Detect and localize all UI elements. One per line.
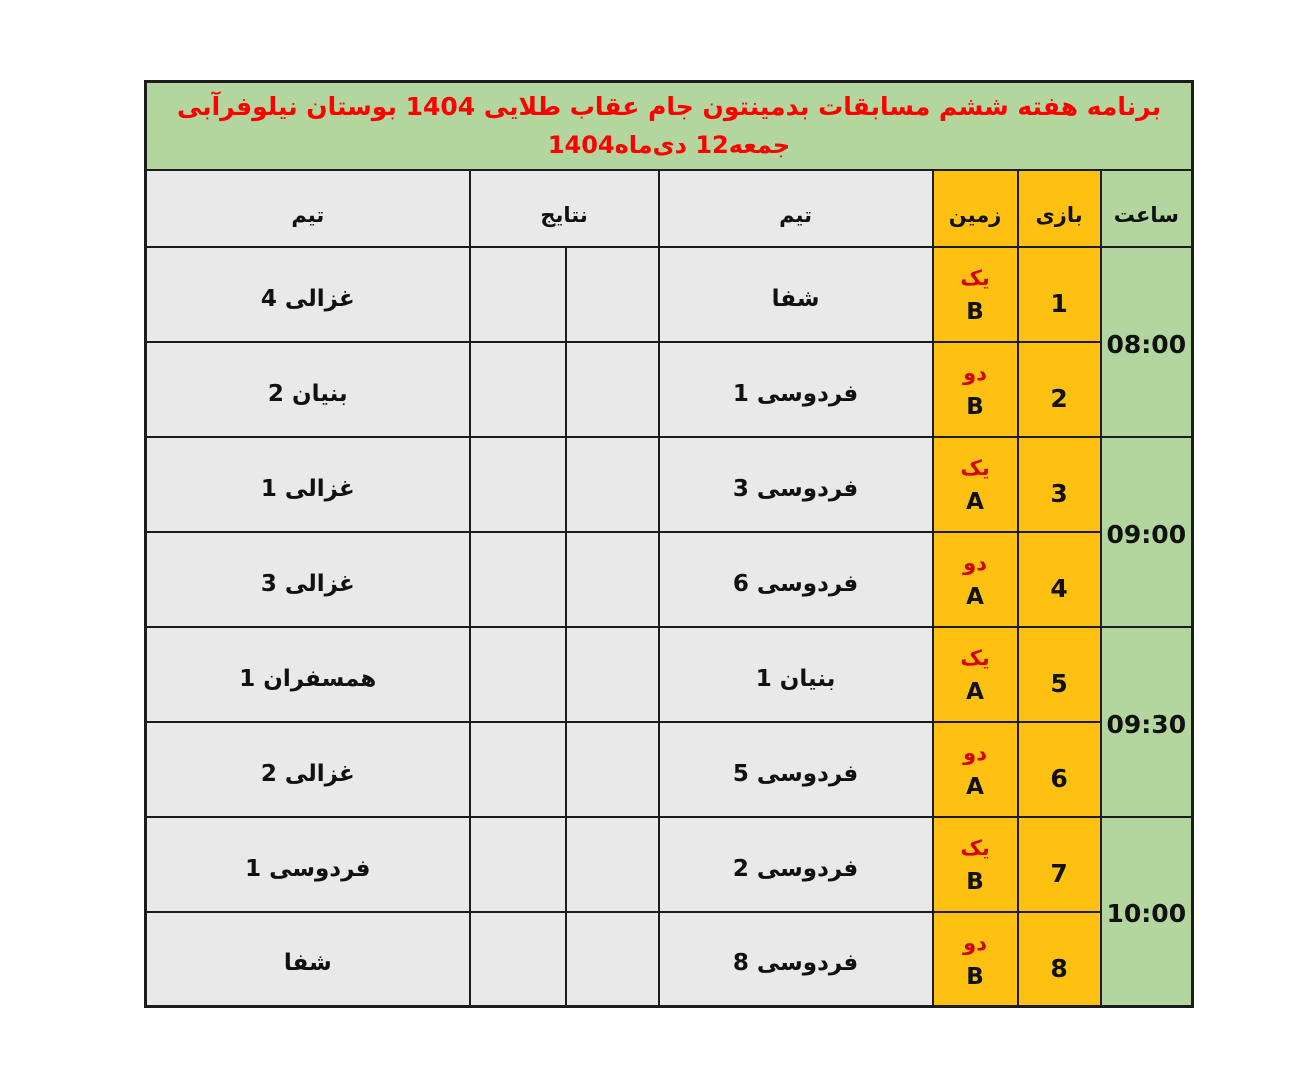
court-cell: یک B [933,817,1018,912]
court-word: یک [935,267,1016,290]
team-left-cell: فردوسی 1 [146,817,470,912]
table-title: برنامه هفته ششم مسابقات بدمینتون جام عقا… [146,82,1193,170]
court-cell: دو B [933,342,1018,437]
header-game: بازی [1018,170,1101,247]
result-cell-a [566,437,659,532]
court-word: یک [935,837,1016,860]
schedule-table: برنامه هفته ششم مسابقات بدمینتون جام عقا… [144,80,1194,1008]
court-letter: A [935,775,1016,800]
match-row-8: 8 دو B فردوسی 8 شفا [146,912,1193,1007]
result-cell-b [470,722,566,817]
result-cell-a [566,342,659,437]
court-letter: A [935,490,1016,515]
match-row-4: 4 دو A فردوسی 6 غزالی 3 [146,532,1193,627]
court-word: دو [935,932,1016,955]
game-number-cell: 4 [1018,532,1101,627]
court-letter: B [935,870,1016,895]
court-letter: B [935,300,1016,325]
result-cell-b [470,247,566,342]
result-cell-a [566,247,659,342]
team-right-cell: شفا [659,247,933,342]
court-cell: دو B [933,912,1018,1007]
team-right-cell: فردوسی 5 [659,722,933,817]
title-line-2: جمعه12 دی‌ماه1404 [157,127,1181,164]
match-row-3: 09:00 3 یک A فردوسی 3 غزالی 1 [146,437,1193,532]
game-number-cell: 7 [1018,817,1101,912]
header-time: ساعت [1101,170,1193,247]
header-team-right: تیم [659,170,933,247]
result-cell-b [470,627,566,722]
result-cell-a [566,912,659,1007]
court-cell: یک B [933,247,1018,342]
team-left-cell: غزالی 4 [146,247,470,342]
result-cell-b [470,437,566,532]
court-word: یک [935,457,1016,480]
time-cell-0800: 08:00 [1101,247,1193,437]
match-row-2: 2 دو B فردوسی 1 بنیان 2 [146,342,1193,437]
court-cell: دو A [933,532,1018,627]
header-court: زمین [933,170,1018,247]
header-results: نتایج [470,170,659,247]
court-word: دو [935,552,1016,575]
game-number-cell: 5 [1018,627,1101,722]
title-line-1: برنامه هفته ششم مسابقات بدمینتون جام عقا… [157,88,1181,127]
result-cell-b [470,817,566,912]
result-cell-b [470,342,566,437]
game-number-cell: 1 [1018,247,1101,342]
court-letter: B [935,395,1016,420]
team-right-cell: فردوسی 3 [659,437,933,532]
result-cell-a [566,817,659,912]
game-number-cell: 6 [1018,722,1101,817]
team-left-cell: همسفران 1 [146,627,470,722]
match-row-1: 08:00 1 یک B شفا غزالی 4 [146,247,1193,342]
result-cell-b [470,532,566,627]
time-cell-0930: 09:30 [1101,627,1193,817]
court-cell: یک A [933,437,1018,532]
column-header-row: ساعت بازی زمین تیم نتایج تیم [146,170,1193,247]
result-cell-a [566,627,659,722]
court-word: یک [935,647,1016,670]
team-left-cell: بنیان 2 [146,342,470,437]
header-team-left: تیم [146,170,470,247]
court-letter: A [935,680,1016,705]
team-right-cell: فردوسی 2 [659,817,933,912]
match-row-5: 09:30 5 یک A بنیان 1 همسفران 1 [146,627,1193,722]
team-left-cell: شفا [146,912,470,1007]
court-word: دو [935,742,1016,765]
court-cell: دو A [933,722,1018,817]
team-left-cell: غزالی 1 [146,437,470,532]
result-cell-a [566,722,659,817]
time-cell-1000: 10:00 [1101,817,1193,1007]
team-left-cell: غزالی 3 [146,532,470,627]
game-number-cell: 8 [1018,912,1101,1007]
badminton-schedule: برنامه هفته ششم مسابقات بدمینتون جام عقا… [144,80,1194,1008]
team-right-cell: فردوسی 1 [659,342,933,437]
court-cell: یک A [933,627,1018,722]
game-number-cell: 2 [1018,342,1101,437]
team-right-cell: بنیان 1 [659,627,933,722]
result-cell-b [470,912,566,1007]
result-cell-a [566,532,659,627]
team-right-cell: فردوسی 6 [659,532,933,627]
title-row: برنامه هفته ششم مسابقات بدمینتون جام عقا… [146,82,1193,170]
team-right-cell: فردوسی 8 [659,912,933,1007]
time-cell-0900: 09:00 [1101,437,1193,627]
court-letter: A [935,585,1016,610]
team-left-cell: غزالی 2 [146,722,470,817]
game-number-cell: 3 [1018,437,1101,532]
match-row-7: 10:00 7 یک B فردوسی 2 فردوسی 1 [146,817,1193,912]
court-word: دو [935,362,1016,385]
match-row-6: 6 دو A فردوسی 5 غزالی 2 [146,722,1193,817]
court-letter: B [935,965,1016,990]
